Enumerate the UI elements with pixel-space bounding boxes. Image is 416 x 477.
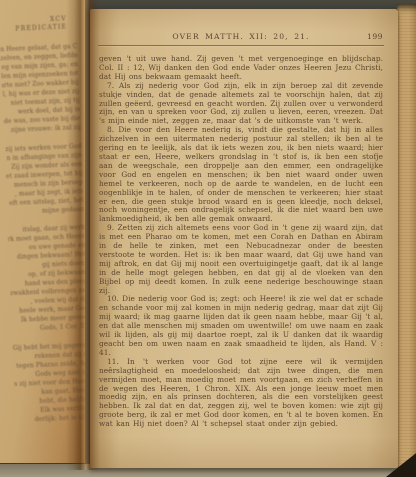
left-text-fragment-text: derlijk: het is alles xyxy=(35,413,85,424)
left-text-fragment-text: mijne gedaan xyxy=(42,205,85,216)
left-page-fragments: en Heere gelaat, dat ga C zichzelven, en… xyxy=(0,42,85,425)
header-rule xyxy=(98,45,384,46)
left-text-fragment-text: Gods, 1 Cor. XV xyxy=(40,322,85,333)
paragraph: 9. Zetten zij zich altemets eens voor Go… xyxy=(99,224,383,295)
left-page: XCV PREDICATIE en Heere gelaat, dat ga C… xyxy=(0,0,85,463)
paragraph: 8. Die voor den Heere nederig is, vindt … xyxy=(99,126,383,224)
running-title: OVER MATTH. XII: 20, 21. xyxy=(172,32,309,41)
left-page-text: XCV PREDICATIE en Heere gelaat, dat ga C… xyxy=(0,14,85,463)
book-photo: OVER MATTH. XII: 20, 21. 199 geven 't ui… xyxy=(0,0,416,477)
left-text-fragment: derlijk: het is alles xyxy=(16,413,85,425)
right-page: OVER MATTH. XII: 20, 21. 199 geven 't ui… xyxy=(90,9,398,468)
paragraph: 7. Als zij nederig voor God zijn, elk in… xyxy=(99,82,383,127)
paragraph: 10. Die nederig voor God is; zegt: och H… xyxy=(99,295,383,357)
paragraph: geven 't uit uwe hand. Zij geven 't met … xyxy=(99,55,383,82)
page-number: 199 xyxy=(367,32,383,41)
page-header: OVER MATTH. XII: 20, 21. 199 xyxy=(99,32,383,43)
paragraph: 11. In 't werken voor God tot zijne eere… xyxy=(99,358,383,429)
left-running-title: XCV PREDICATIE xyxy=(0,14,77,33)
page-text: geven 't uit uwe hand. Zij geven 't met … xyxy=(99,55,383,429)
book-fore-edge xyxy=(397,4,416,470)
